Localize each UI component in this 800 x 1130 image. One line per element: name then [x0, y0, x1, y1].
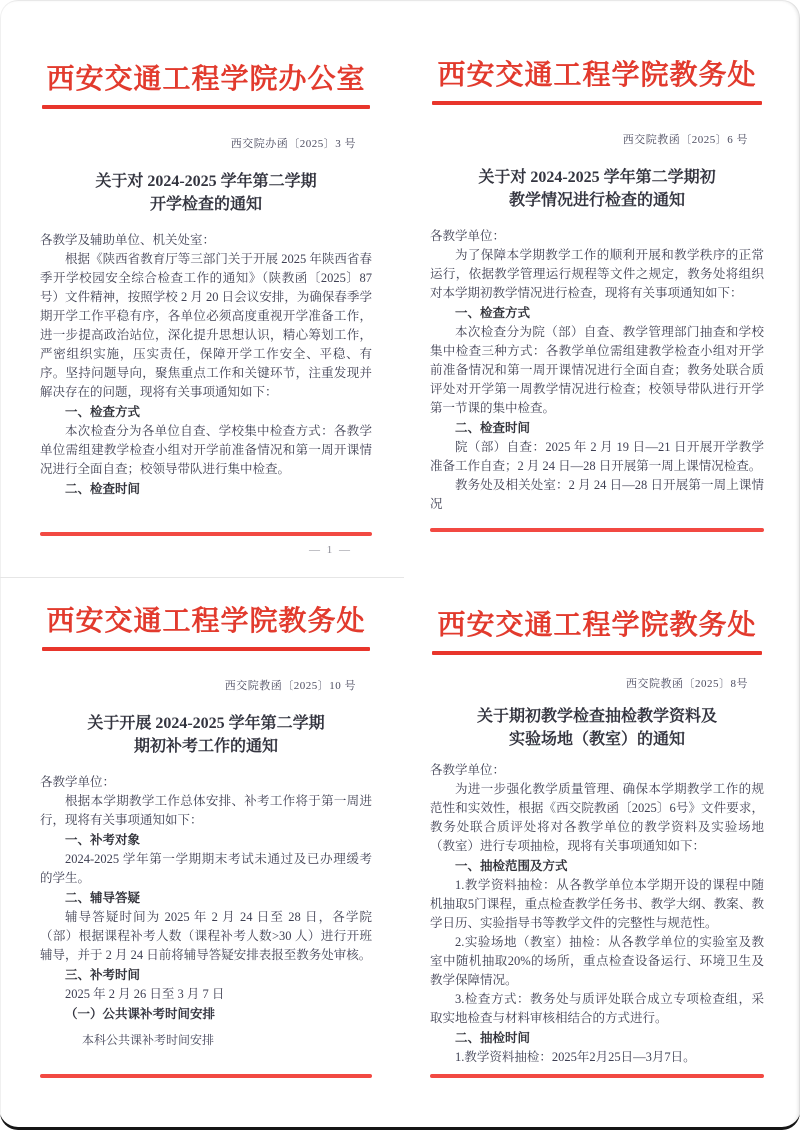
paragraph: 2024-2025 学年第一学期期末考试未通过及已办理缓考的学生。	[40, 850, 372, 888]
paragraph: 辅导答疑时间为 2025 年 2 月 24 日至 28 日，各学院（部）根据课程…	[40, 908, 372, 965]
red-footer-rule	[40, 532, 372, 536]
section-heading: 二、抽检时间	[430, 1029, 764, 1048]
date-line: 2025 年 2 月 26 日至 3 月 7 日	[40, 985, 372, 1004]
paragraph: 教务处及相关处室：2 月 24 日—28 日开展第一周上课情况	[430, 476, 764, 514]
salutation: 各教学单位：	[430, 761, 764, 780]
section-heading: 一、补考对象	[40, 831, 372, 850]
red-header-rule	[42, 105, 370, 109]
paragraph: 本次检查分为院（部）自查、教学管理部门抽查和学校集中检查三种方式：各教学单位需组…	[430, 323, 764, 418]
sub-section-heading: （一）公共课补考时间安排	[40, 1005, 372, 1024]
salutation: 各教学单位：	[430, 227, 764, 246]
section-heading: 一、检查方式	[430, 304, 764, 323]
red-header-rule	[432, 651, 762, 655]
document-office-opening-inspection: 西安交通工程学院办公室 西交院办函〔2025〕3 号 关于对 2024-2025…	[16, 14, 396, 570]
notice-title-line2: 实验场地（教室）的通知	[430, 728, 764, 751]
document-number: 西交院教函〔2025〕8号	[430, 675, 764, 691]
notice-title: 关于对 2024-2025 学年第二学期初 教学情况进行检查的通知	[430, 166, 764, 212]
red-header-title: 西安交通工程学院教务处	[430, 610, 764, 642]
paragraph: 为进一步强化教学质量管理、确保本学期教学工作的规范性和实效性，根据《西交院教函〔…	[430, 780, 764, 856]
red-header-rule	[42, 647, 370, 651]
paragraph: 根据本学期教学工作总体安排、补考工作将于第一周进行，现将有关事项通知如下：	[40, 792, 372, 830]
document-early-term-teaching-inspection: 西安交通工程学院教务处 西交院教函〔2025〕6 号 关于对 2024-2025…	[406, 14, 788, 562]
section-heading: 二、检查时间	[430, 419, 764, 438]
paragraph: 根据《陕西省教育厅等三部门关于开展 2025 年陕西省春季开学校园安全综合检查工…	[40, 250, 372, 402]
paragraph: 2.实验场地（教室）抽检：从各教学单位的实验室及教室中随机抽取20%的场所，重点…	[430, 933, 764, 990]
red-footer-rule	[430, 1074, 764, 1078]
notice-title: 关于对 2024-2025 学年第二学期 开学检查的通知	[40, 170, 372, 216]
red-footer-rule	[430, 528, 764, 532]
notice-title-line1: 关于对 2024-2025 学年第二学期初	[430, 166, 764, 189]
red-header-title: 西安交通工程学院办公室	[40, 64, 372, 96]
notice-title-line1: 关于期初教学检查抽检教学资料及	[430, 705, 764, 728]
document-makeup-exam-notice: 西安交通工程学院教务处 西交院教函〔2025〕10 号 关于开展 2024-20…	[16, 590, 396, 1122]
paragraph: 1.教学资料抽检：从各教学单位本学期开设的课程中随机抽取5门课程，重点检查教学任…	[430, 876, 764, 933]
page-number: — 1 —	[309, 544, 352, 556]
notice-title-line2: 开学检查的通知	[40, 193, 372, 216]
red-header-rule	[432, 101, 762, 105]
image-stitch-divider	[0, 577, 404, 578]
notice-title-line2: 教学情况进行检查的通知	[430, 189, 764, 212]
document-number: 西交院教函〔2025〕10 号	[40, 677, 372, 693]
red-header-title: 西安交通工程学院教务处	[40, 606, 372, 638]
paragraph: 院（部）自查：2025 年 2 月 19 日—21 日开展开学教学准备工作自查；…	[430, 438, 764, 476]
notice-title: 关于开展 2024-2025 学年第二学期 期初补考工作的通知	[40, 712, 372, 758]
paragraph: 1.教学资料抽检：2025年2月25日—3月7日。	[430, 1048, 764, 1067]
notice-title-line2: 期初补考工作的通知	[40, 735, 372, 758]
section-heading: 二、辅导答疑	[40, 889, 372, 908]
section-heading: 一、抽检范围及方式	[430, 857, 764, 876]
salutation: 各教学及辅助单位、机关处室：	[40, 231, 372, 250]
notice-title: 关于期初教学检查抽检教学资料及 实验场地（教室）的通知	[430, 705, 764, 751]
section-heading: 一、检查方式	[40, 403, 372, 422]
section-heading: 三、补考时间	[40, 966, 372, 985]
red-footer-rule	[40, 1074, 372, 1078]
document-number: 西交院教函〔2025〕6 号	[430, 131, 764, 147]
salutation: 各教学单位：	[40, 773, 372, 792]
screenshot-frame: 西安交通工程学院办公室 西交院办函〔2025〕3 号 关于对 2024-2025…	[0, 0, 800, 1130]
table-caption: 本科公共课补考时间安排	[40, 1031, 372, 1050]
notice-title-line1: 关于对 2024-2025 学年第二学期	[40, 170, 372, 193]
paragraph: 3.检查方式：教务处与质评处联合成立专项检查组，采取实地检查与材料审核相结合的方…	[430, 990, 764, 1028]
paragraph: 本次检查分为各单位自查、学校集中检查方式：各教学单位需组建教学检查小组对开学前准…	[40, 422, 372, 479]
red-header-title: 西安交通工程学院教务处	[430, 60, 764, 92]
document-spot-check-notice: 西安交通工程学院教务处 西交院教函〔2025〕8号 关于期初教学检查抽检教学资料…	[406, 588, 788, 1122]
document-number: 西交院办函〔2025〕3 号	[40, 135, 372, 151]
paragraph: 为了保障本学期教学工作的顺利开展和教学秩序的正常运行，依据教学管理运行规程等文件…	[430, 246, 764, 303]
section-heading: 二、检查时间	[40, 480, 372, 499]
notice-title-line1: 关于开展 2024-2025 学年第二学期	[40, 712, 372, 735]
